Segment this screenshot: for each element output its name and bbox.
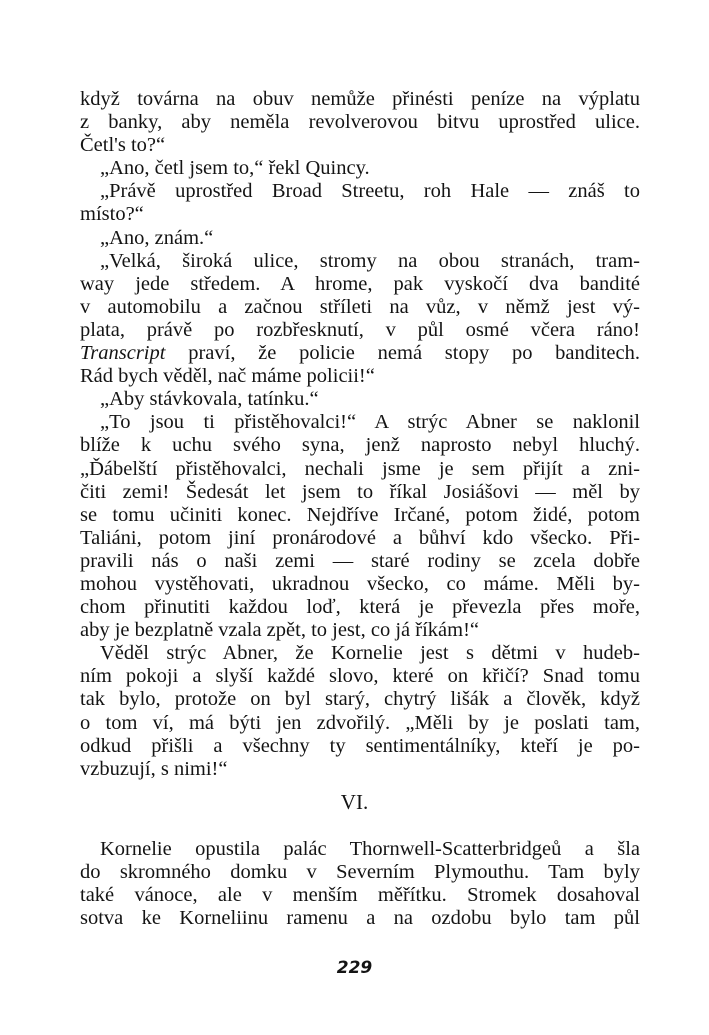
text-line: mohou vystěhovati, ukradnou všecko, co m… — [80, 573, 640, 596]
text-line: blíže k uchu svého syna, jenž naprosto n… — [80, 434, 640, 457]
text-line: když továrna na obuv nemůže přinésti pen… — [80, 88, 640, 111]
text-line: také vánoce, ale v menším měřítku. Strom… — [80, 884, 640, 907]
text-line: plata, právě po rozbřesknutí, v půl osmé… — [80, 319, 640, 342]
body-text-part1: když továrna na obuv nemůže přinésti pen… — [80, 88, 640, 781]
text-line: chom přinutiti každou loď, která je přev… — [80, 596, 640, 619]
text-line: sotva ke Korneliinu ramenu a na ozdobu b… — [80, 907, 640, 930]
text-line: Taliáni, potom jiní pronárodové a bůhví … — [80, 527, 640, 550]
chapter-heading: VI. — [0, 790, 709, 815]
page-number: 229 — [0, 958, 709, 978]
text-line: way jede středem. A hrome, pak vyskočí d… — [80, 273, 640, 296]
text-line: místo?“ — [80, 203, 640, 226]
text-line: „To jsou ti přistěhovalci!“ A strýc Abne… — [80, 411, 640, 434]
text-line: „Ano, znám.“ — [80, 227, 640, 250]
text-line: „Ďábelští přistěhovalci, nechali jsme je… — [80, 458, 640, 481]
text-line: aby je bezplatně vzala zpět, to jest, co… — [80, 619, 640, 642]
text-line: v automobilu a začnou stříleti na vůz, v… — [80, 296, 640, 319]
text-line: Věděl strýc Abner, že Kornelie jest s dě… — [80, 642, 640, 665]
text-line: ním pokoji a slyší každé slovo, které on… — [80, 665, 640, 688]
text-line: Kornelie opustila palác Thornwell-Scatte… — [80, 838, 640, 861]
text-line: čiti zemi! Šedesát let jsem to říkal Jos… — [80, 481, 640, 504]
text-line: Četl's to?“ — [80, 134, 640, 157]
text-line: pravili nás o naši zemi — staré rodiny s… — [80, 550, 640, 573]
text-line: „Velká, široká ulice, stromy na obou str… — [80, 250, 640, 273]
text-line: „Ano, četl jsem to,“ řekl Quincy. — [80, 157, 640, 180]
body-text-part2: Kornelie opustila palác Thornwell-Scatte… — [80, 838, 640, 930]
text-line: se tomu učiniti konec. Nejdříve Irčané, … — [80, 504, 640, 527]
text-line: do skromného domku v Severním Plymouthu.… — [80, 861, 640, 884]
text-line: Transcript praví, že policie nemá stopy … — [80, 342, 640, 365]
text-line: tak bylo, protože on byl starý, chytrý l… — [80, 688, 640, 711]
text-line: o tom ví, má býti jen zdvořilý. „Měli by… — [80, 712, 640, 735]
text-line: z banky, aby neměla revolverovou bitvu u… — [80, 111, 640, 134]
text-line: vzbuzují, s nimi!“ — [80, 758, 640, 781]
text-line: odkud přišli a všechny ty sentimentálník… — [80, 735, 640, 758]
text-line: Rád bych věděl, nač máme policii!“ — [80, 365, 640, 388]
text-line: „Právě uprostřed Broad Streetu, roh Hale… — [80, 180, 640, 203]
text-line: „Aby stávkovala, tatínku.“ — [80, 388, 640, 411]
